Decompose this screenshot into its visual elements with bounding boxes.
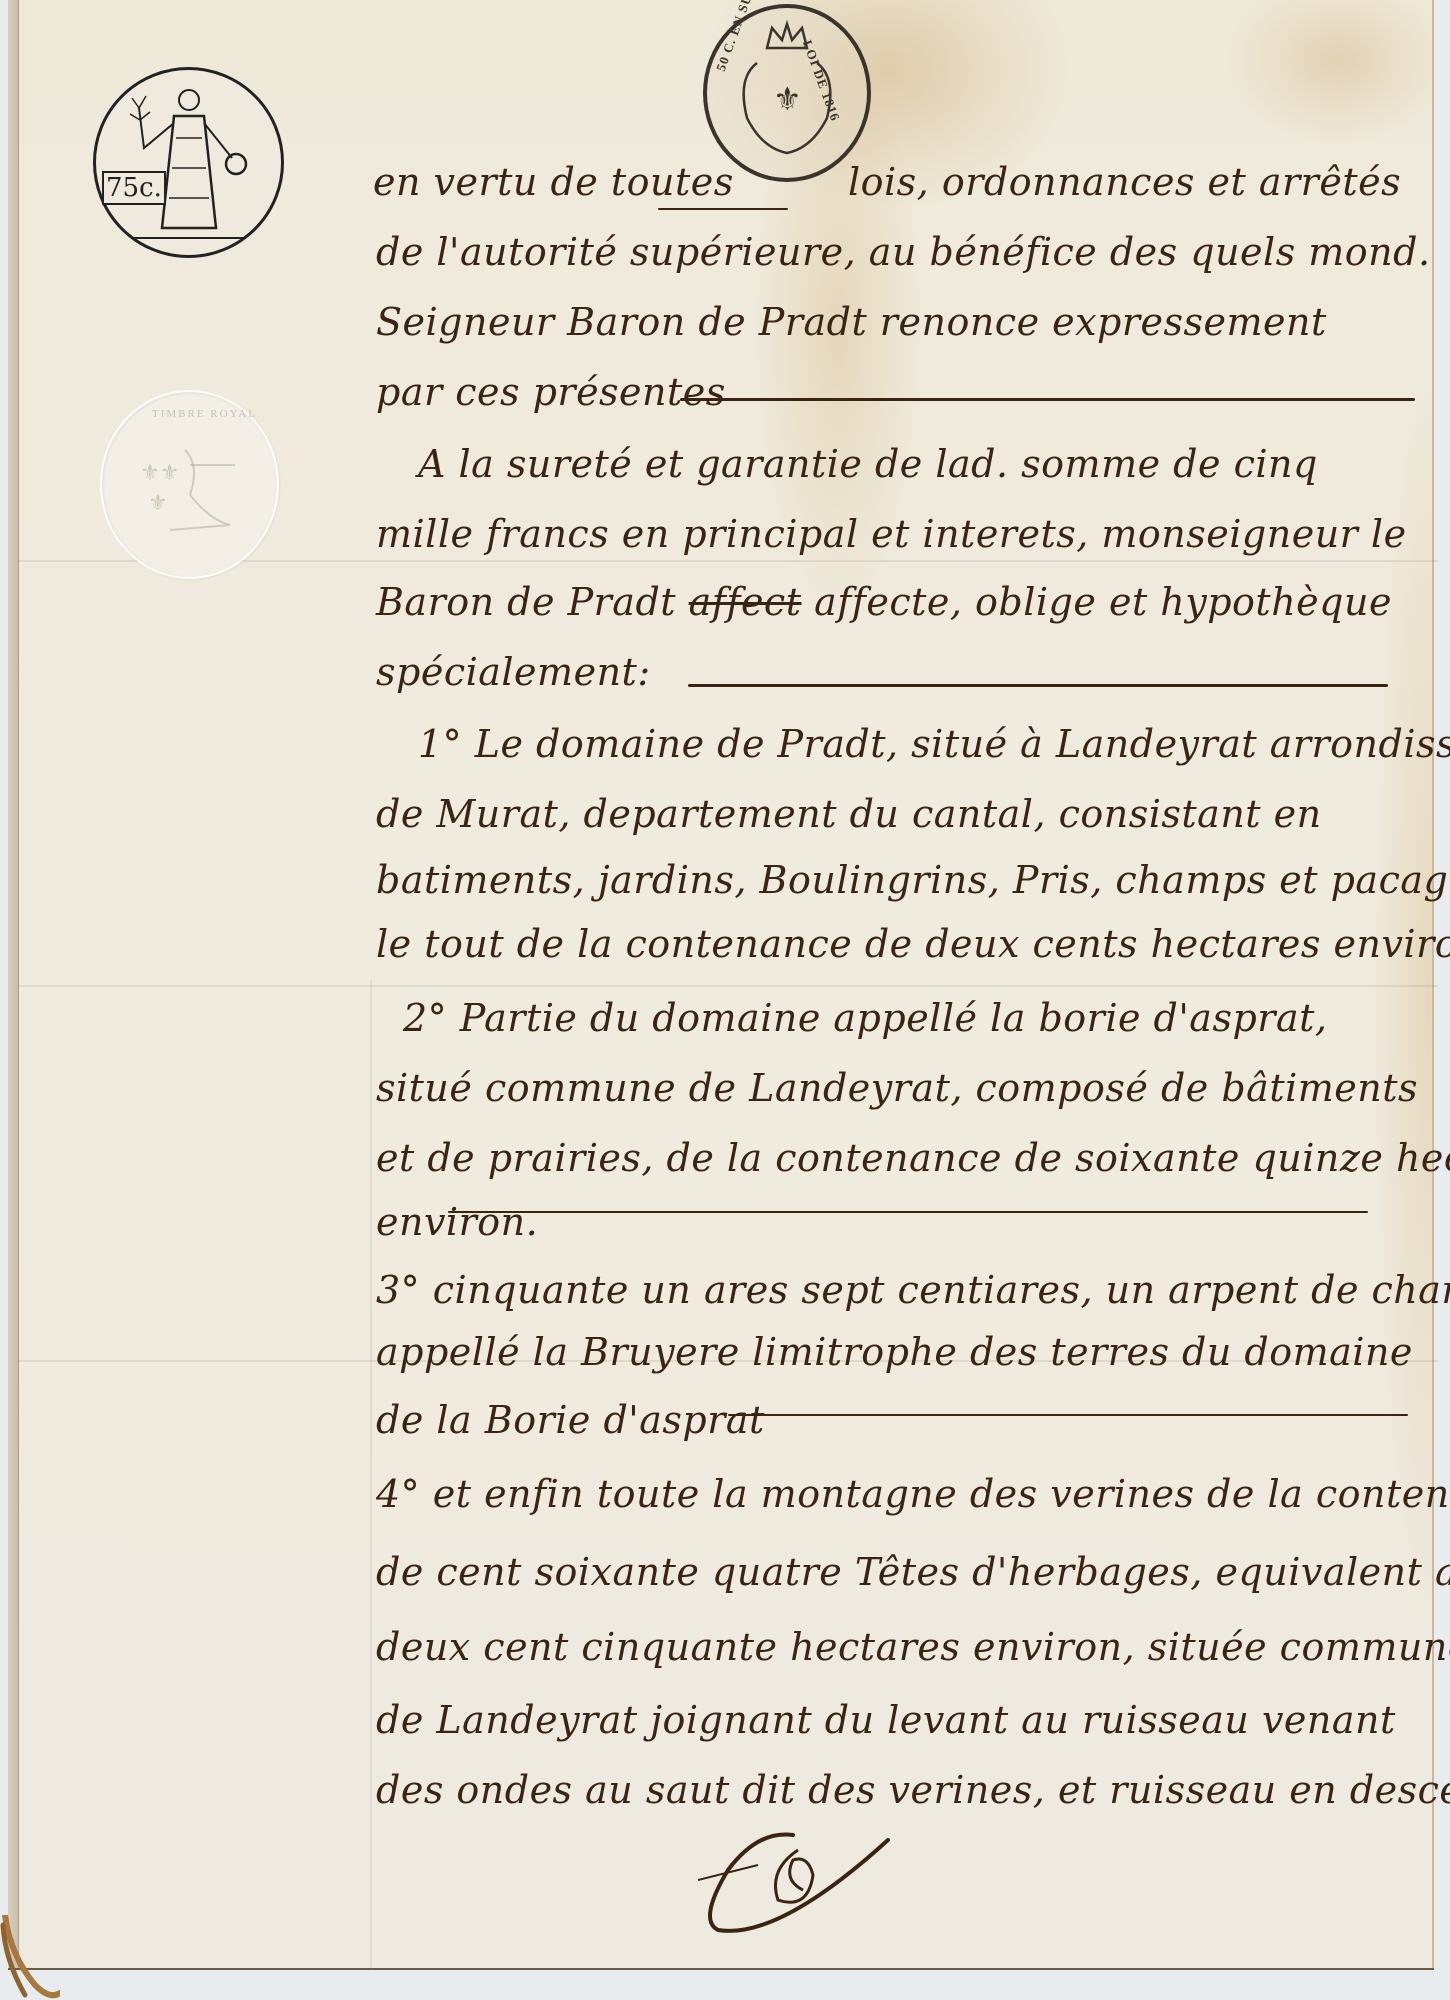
text-line: 3° cinquante un ares sept centiares, un …	[376, 1268, 1450, 1312]
text-line: 1° Le domaine de Pradt, situé à Landeyra…	[418, 722, 1450, 766]
text-line: A la sureté et garantie de lad. somme de…	[418, 442, 1318, 486]
allegorical-figure-icon: ⚜	[114, 78, 264, 248]
text-line: deux cent cinquante hectares environ, si…	[376, 1625, 1450, 1669]
text-line: de cent soixante quatre Têtes d'herbages…	[376, 1550, 1450, 1594]
seal-ring-text: TIMBRE ROYAL	[152, 408, 257, 420]
line-segment: Baron de Pradt	[376, 580, 676, 624]
tax-stamp-loi-1816: ⚜ 50 C. EN SUS LOI DE 1816	[703, 4, 871, 182]
text-line: mille francs en principal et interets, m…	[376, 512, 1407, 556]
text-line: Seigneur Baron de Pradt renonce expresse…	[376, 300, 1327, 344]
binding-edge	[8, 0, 19, 1968]
text-line: spécialement:	[376, 650, 651, 694]
text-line: de Murat, departement du cantal, consist…	[376, 792, 1322, 836]
tax-stamp-75c: ⚜ 75c.	[93, 67, 284, 258]
svg-text:⚜⚜: ⚜⚜	[140, 461, 179, 486]
document-page: ⚜ 75c. ⚜ 50 C. EN SUS LOI DE 1816 TIMBRE…	[8, 0, 1434, 1968]
text-line: appellé la Bruyere limitrophe des terres…	[376, 1330, 1413, 1374]
stamp-value: 75c.	[102, 171, 166, 205]
binding-string-icon	[0, 1915, 60, 2000]
line-segment: en vertu de toutes	[373, 160, 734, 204]
fold-crease	[18, 985, 1438, 987]
text-line: de l'autorité supérieure, au bénéfice de…	[376, 230, 1431, 274]
text-line: 4° et enfin toute la montagne des verine…	[376, 1472, 1450, 1516]
text-line: et de prairies, de la contenance de soix…	[376, 1136, 1450, 1180]
svg-text:⚜: ⚜	[773, 80, 802, 118]
text-line: par ces présentes	[376, 370, 726, 414]
seated-figure-icon: ⚜⚜ ⚜	[130, 425, 250, 545]
text-line: de Landeyrat joignant du levant au ruiss…	[376, 1698, 1396, 1742]
text-line: de la Borie d'asprat	[376, 1398, 765, 1442]
text-line: batiments, jardins, Boulingrins, Pris, c…	[376, 858, 1450, 902]
text-line: en vertu de toutes	[373, 160, 734, 204]
struck-word: affect	[689, 580, 802, 624]
filler-rule	[728, 1414, 1408, 1416]
text-line: lois, ordonnances et arrêtés	[848, 160, 1401, 204]
filler-rule	[658, 208, 788, 210]
text-line: Baron de Pradt affect affecte, oblige et…	[376, 580, 1392, 624]
text-line: environ.	[376, 1200, 538, 1244]
filler-rule	[688, 684, 1388, 687]
embossed-seal: TIMBRE ROYAL ⚜⚜ ⚜	[100, 390, 279, 579]
line-segment: affecte, oblige et hypothèque	[814, 580, 1392, 624]
filler-rule	[680, 398, 1415, 401]
filler-rule	[448, 1211, 1368, 1213]
text-line: 2° Partie du domaine appellé la borie d'…	[403, 996, 1327, 1040]
text-line: le tout de la contenance de deux cents h…	[376, 922, 1450, 966]
paraph-signature-icon	[698, 1830, 938, 1940]
text-line: des ondes au saut dit des verines, et ru…	[376, 1768, 1450, 1812]
fold-crease	[370, 980, 372, 1970]
text-line: situé commune de Landeyrat, composé de b…	[376, 1066, 1418, 1110]
svg-text:⚜: ⚜	[148, 491, 168, 516]
